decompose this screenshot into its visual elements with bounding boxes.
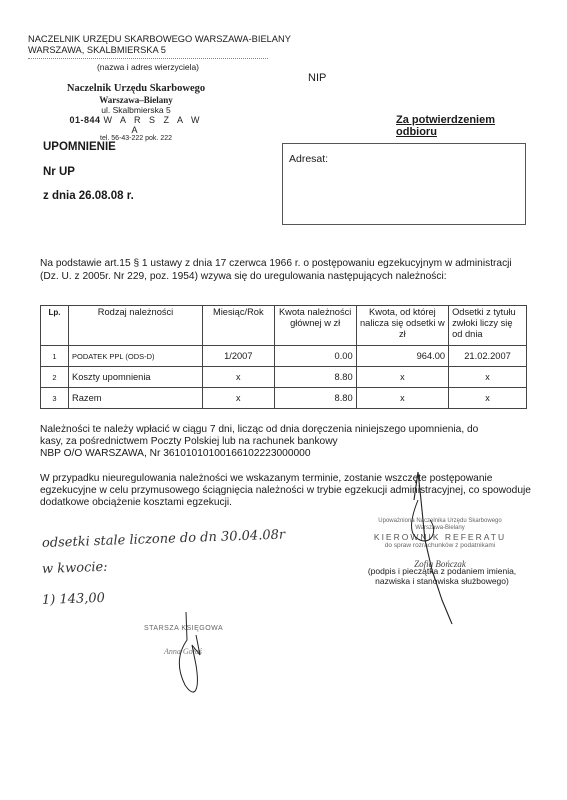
cell-principal: 0.00	[274, 346, 356, 367]
bank-account: NBP O/O WARSZAWA, Nr 3610101010016610222…	[40, 448, 540, 460]
header-interest-base: Kwota, od której nalicza się odsetki w z…	[356, 306, 448, 346]
dues-table: Lp. Rodzaj należności Miesiąc/Rok Kwota …	[40, 305, 527, 409]
signature-caption: (podpis i pieczątka z podaniem imienia, …	[352, 566, 532, 586]
delivery-confirmation-note: Za potwierdzeniem odbioru	[396, 114, 495, 138]
addressee-box: Adresat:	[282, 143, 526, 225]
signature-caption-line-1: (podpis i pieczątka z podaniem imienia,	[352, 566, 532, 576]
signature-caption-line-2: nazwiska i stanowiska służbowego)	[352, 576, 532, 586]
cell-name: PODATEK PPL (ODS-D)	[69, 346, 203, 367]
cell-principal: 8.80	[274, 388, 356, 409]
creditor-line-1: NACZELNIK URZĘDU SKARBOWEGO WARSZAWA-BIE…	[28, 34, 291, 45]
addressee-label: Adresat:	[289, 153, 328, 165]
delivery-note-line-2: odbioru	[396, 126, 495, 138]
cell-lp: 2	[41, 367, 69, 388]
accountant-stamp-title: STARSZA KSIĘGOWA	[144, 625, 223, 632]
official-stamp-line-4: do spraw rozrachunków z podatnikami	[352, 542, 528, 550]
official-stamp-line-2: Warszawa-Bielany	[352, 525, 528, 532]
document-number: Nr UP	[43, 166, 75, 178]
cell-month: x	[202, 367, 274, 388]
header-interest-from: Odsetki z tytułu zwłoki liczy się od dni…	[449, 306, 527, 346]
cell-lp: 3	[41, 388, 69, 409]
payment-line-2: kasy, za pośrednictwem Poczty Polskiej l…	[40, 436, 540, 448]
cell-principal: 8.80	[274, 367, 356, 388]
table-row: 3 Razem x 8.80 x x	[41, 388, 527, 409]
office-stamp-line-1: Naczelnik Urzędu Skarbowego	[66, 83, 206, 95]
official-stamp-line-3: KIEROWNIK REFERATU	[352, 532, 528, 542]
office-stamp-line-3: ul. Skalbmierska 5	[66, 105, 206, 115]
cell-interest-from: x	[449, 367, 527, 388]
handwritten-note-line-1: odsetki stale liczone do dn 30.04.08r	[42, 528, 286, 551]
cell-name: Razem	[69, 388, 203, 409]
cell-interest-from: 21.02.2007	[449, 346, 527, 367]
cell-interest-from: x	[449, 388, 527, 409]
cell-interest-base: x	[356, 388, 448, 409]
header-lp: Lp.	[41, 306, 69, 346]
creditor-caption: (nazwa i adres wierzyciela)	[28, 62, 268, 72]
official-stamp-line-1: Upoważniona Naczelnika Urzędu Skarbowego	[352, 518, 528, 525]
dotted-divider	[28, 58, 268, 59]
office-stamp-postcode: 01-844	[69, 115, 100, 125]
creditor-line-2: WARSZAWA, SKALBMIERSKA 5	[28, 45, 291, 56]
cell-month: x	[202, 388, 274, 409]
document-title: UPOMNIENIE	[43, 141, 116, 153]
office-stamp-line-2: Warszawa–Bielany	[66, 95, 206, 105]
header-name: Rodzaj należności	[69, 306, 203, 346]
payment-line-1: Należności te należy wpłacić w ciągu 7 d…	[40, 424, 540, 436]
payment-instructions: Należności te należy wpłacić w ciągu 7 d…	[40, 424, 540, 461]
office-stamp-city: W A R S Z A W A	[104, 115, 203, 135]
table-header-row: Lp. Rodzaj należności Miesiąc/Rok Kwota …	[41, 306, 527, 346]
table-row: 1 PODATEK PPL (ODS-D) 1/2007 0.00 964.00…	[41, 346, 527, 367]
delivery-note-line-1: Za potwierdzeniem	[396, 114, 495, 126]
header-principal: Kwota należności głównej w zł	[274, 306, 356, 346]
document-date: z dnia 26.08.08 r.	[43, 190, 134, 202]
handwritten-note-line-2: w kwocie:	[42, 560, 108, 577]
office-stamp-city-line: 01-844 W A R S Z A W A	[66, 115, 206, 135]
cell-name: Koszty upomnienia	[69, 367, 203, 388]
cell-lp: 1	[41, 346, 69, 367]
cell-interest-base: x	[356, 367, 448, 388]
official-stamp: Upoważniona Naczelnika Urzędu Skarbowego…	[352, 518, 528, 569]
table-row: 2 Koszty upomnienia x 8.80 x x	[41, 367, 527, 388]
cell-month: 1/2007	[202, 346, 274, 367]
intro-paragraph: Na podstawie art.15 § 1 ustawy z dnia 17…	[40, 258, 530, 283]
header-month: Miesiąc/Rok	[202, 306, 274, 346]
office-stamp: Naczelnik Urzędu Skarbowego Warszawa–Bie…	[66, 83, 206, 143]
handwritten-note-amount: 1) 143,00	[42, 591, 105, 608]
nip-label: NIP	[308, 72, 326, 84]
cell-interest-base: 964.00	[356, 346, 448, 367]
creditor-name: NACZELNIK URZĘDU SKARBOWEGO WARSZAWA-BIE…	[28, 34, 291, 56]
accountant-stamp-name: Anna Gołoś	[164, 647, 202, 656]
enforcement-warning: W przypadku nieuregulowania należności w…	[40, 473, 540, 510]
